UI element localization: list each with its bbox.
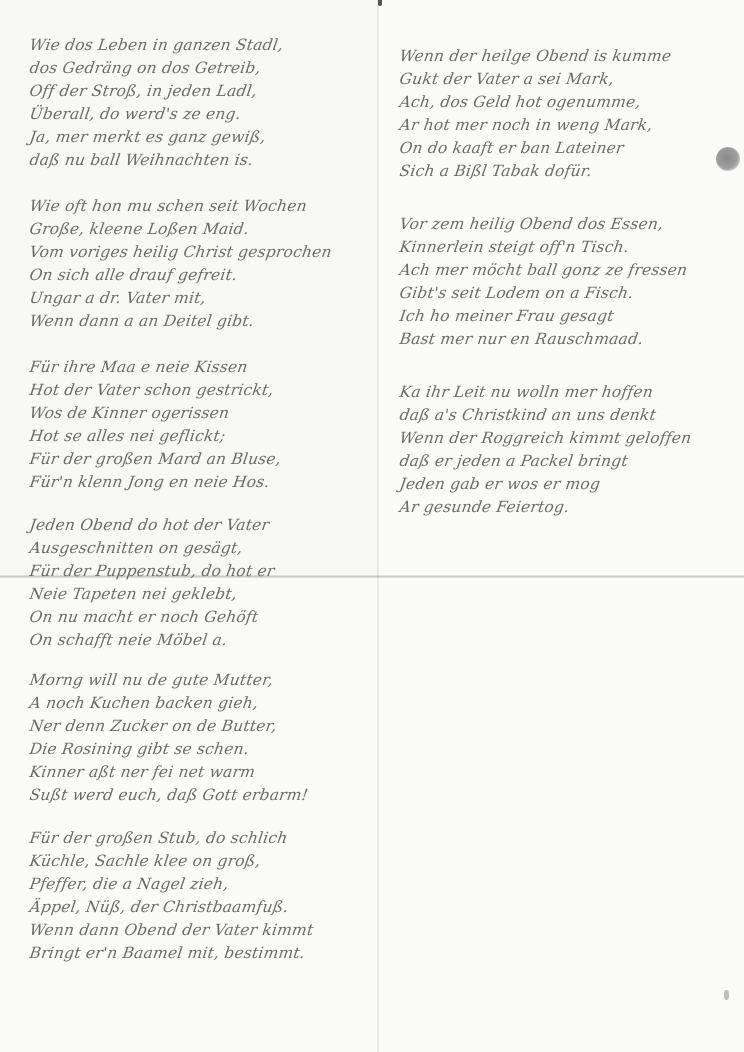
stanza: Wie dos Leben in ganzen Stadl, dos Gedrä…	[28, 34, 368, 172]
verse-line: Vom voriges heilig Christ gesprochen	[28, 241, 371, 264]
stanza: Für ihre Maa e neie Kissen Hot der Vater…	[28, 356, 368, 494]
verse-line: Gibt's seit Lodem on a Fisch.	[398, 282, 741, 305]
verse-line: Ar gesunde Feiertog.	[398, 496, 741, 519]
verse-line: Wie dos Leben in ganzen Stadl,	[28, 34, 371, 57]
letter-page: Wie dos Leben in ganzen Stadl, dos Gedrä…	[0, 0, 744, 1052]
verse-line: Pfeffer, die a Nagel zieh,	[28, 873, 371, 896]
tear-mark	[378, 0, 382, 6]
verse-line: Wie oft hon mu schen seit Wochen	[28, 195, 371, 218]
paper-speck	[724, 990, 729, 1000]
verse-line: Ar hot mer noch in weng Mark,	[398, 114, 741, 137]
verse-line: Große, kleene Loßen Maid.	[28, 218, 371, 241]
verse-line: Ach mer möcht ball gonz ze fressen	[398, 259, 741, 282]
stanza: Jeden Obend do hot der Vater Ausgeschnit…	[28, 514, 368, 652]
verse-line: Äppel, Nüß, der Christbaamfuß.	[28, 896, 371, 919]
verse-line: A noch Kuchen backen gieh,	[28, 692, 371, 715]
stanza: Ka ihr Leit nu wolln mer hoffen daß a's …	[398, 381, 738, 519]
verse-line: Kinner aßt ner fei net warm	[28, 761, 371, 784]
verse-line: daß nu ball Weihnachten is.	[28, 149, 371, 172]
verse-line: Für ihre Maa e neie Kissen	[28, 356, 371, 379]
verse-line: Wenn dann Obend der Vater kimmt	[28, 919, 371, 942]
verse-line: Wos de Kinner ogerissen	[28, 402, 371, 425]
verse-line: Ka ihr Leit nu wolln mer hoffen	[398, 381, 741, 404]
verse-line: Wenn dann a an Deitel gibt.	[28, 310, 371, 333]
verse-line: Jeden gab er wos er mog	[398, 473, 741, 496]
verse-line: Vor zem heilig Obend dos Essen,	[398, 213, 741, 236]
verse-line: Ner denn Zucker on de Butter,	[28, 715, 371, 738]
verse-line: daß er jeden a Packel bringt	[398, 450, 741, 473]
stanza: Wie oft hon mu schen seit Wochen Große, …	[28, 195, 368, 333]
verse-line: Kinnerlein steigt off'n Tisch.	[398, 236, 741, 259]
verse-line: On nu macht er noch Gehöft	[28, 606, 371, 629]
verse-line: Hot se alles nei geflickt;	[28, 425, 371, 448]
verse-line: Gukt der Vater a sei Mark,	[398, 68, 741, 91]
verse-line: Ungar a dr. Vater mit,	[28, 287, 371, 310]
verse-line: Wenn der heilge Obend is kumme	[398, 45, 741, 68]
verse-line: Hot der Vater schon gestrickt,	[28, 379, 371, 402]
verse-line: Für'n klenn Jong en neie Hos.	[28, 471, 371, 494]
verse-line: On do kaaft er ban Lateiner	[398, 137, 741, 160]
verse-line: On schafft neie Möbel a.	[28, 629, 371, 652]
verse-line: Für der Puppenstub, do hot er	[28, 560, 371, 583]
verse-line: Neie Tapeten nei geklebt,	[28, 583, 371, 606]
verse-line: Bringt er'n Baamel mit, bestimmt.	[28, 942, 371, 965]
stanza: Vor zem heilig Obend dos Essen, Kinnerle…	[398, 213, 738, 351]
right-column-poem: Wenn der heilge Obend is kumme Gukt der …	[398, 45, 738, 519]
verse-line: Für der großen Stub, do schlich	[28, 827, 371, 850]
verse-line: Jeden Obend do hot der Vater	[28, 514, 371, 537]
verse-line: Ausgeschnitten on gesägt,	[28, 537, 371, 560]
vertical-fold-line	[377, 0, 379, 1052]
verse-line: Für der großen Mard an Bluse,	[28, 448, 371, 471]
left-column-poem: Wie dos Leben in ganzen Stadl, dos Gedrä…	[28, 34, 368, 965]
stanza: Wenn der heilge Obend is kumme Gukt der …	[398, 45, 738, 183]
verse-line: Ich ho meiner Frau gesagt	[398, 305, 741, 328]
stanza: Für der großen Stub, do schlich Küchle, …	[28, 827, 368, 965]
verse-line: On sich alle drauf gefreit.	[28, 264, 371, 287]
verse-line: Überall, do werd's ze eng.	[28, 103, 371, 126]
verse-line: Sußt werd euch, daß Gott erbarm!	[28, 784, 371, 807]
verse-line: Die Rosining gibt se schen.	[28, 738, 371, 761]
verse-line: Off der Stroß, in jeden Ladl,	[28, 80, 371, 103]
verse-line: Morng will nu de gute Mutter,	[28, 669, 371, 692]
verse-line: dos Gedräng on dos Getreib,	[28, 57, 371, 80]
verse-line: Ja, mer merkt es ganz gewiß,	[28, 126, 371, 149]
verse-line: Bast mer nur en Rauschmaad.	[398, 328, 741, 351]
verse-line: daß a's Christkind an uns denkt	[398, 404, 741, 427]
stanza: Morng will nu de gute Mutter, A noch Kuc…	[28, 669, 368, 807]
verse-line: Wenn der Roggreich kimmt geloffen	[398, 427, 741, 450]
verse-line: Küchle, Sachle klee on groß,	[28, 850, 371, 873]
verse-line: Sich a Bißl Tabak dofür.	[398, 160, 741, 183]
verse-line: Ach, dos Geld hot ogenumme,	[398, 91, 741, 114]
